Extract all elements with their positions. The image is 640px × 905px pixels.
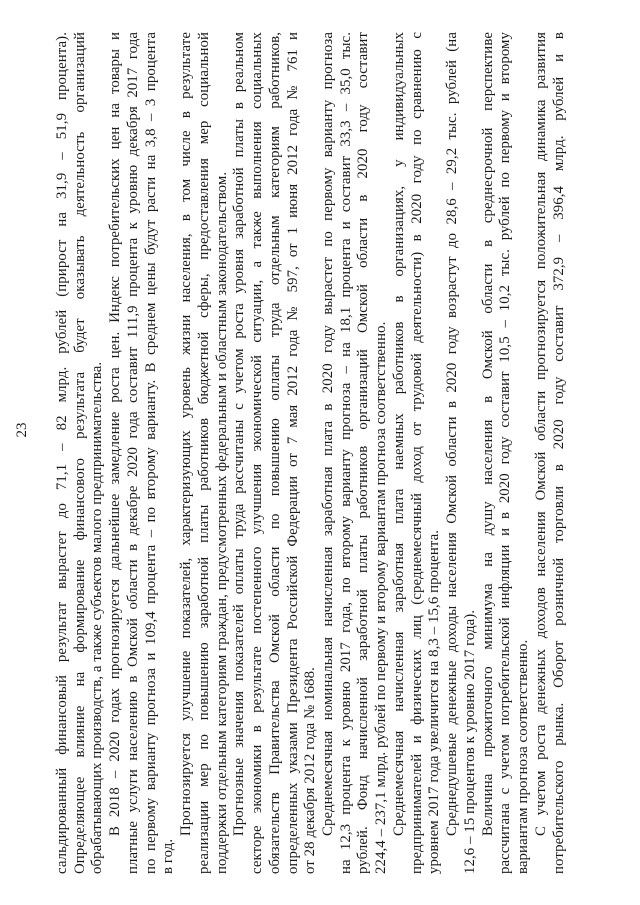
- document-text: сальдированный финансовый результат выра…: [54, 32, 568, 874]
- text-line: Прогнозируется улучшение показателей, ха…: [178, 32, 196, 874]
- text-line: реализации мер по повышению заработной п…: [196, 32, 214, 874]
- text-line: Прогнозные значения показателей оплаты т…: [231, 32, 249, 874]
- text-line: Величина прожиточного минимума на душу н…: [480, 32, 498, 874]
- text-line: обрабатывающих производств, а также субъ…: [89, 32, 107, 874]
- text-line: С учетом роста денежных доходов населени…: [533, 32, 551, 874]
- text-line: Среднедушевые денежные доходы населения …: [444, 32, 462, 874]
- page-number: 23: [13, 10, 31, 850]
- paragraph: Среднемесячная номинальная начисленная з…: [320, 32, 391, 874]
- text-line: от 28 декабря 2012 года № 1688.: [302, 32, 320, 874]
- paragraph: Величина прожиточного минимума на душу н…: [480, 32, 533, 874]
- text-line: уровнем 2017 года увеличится на 8,3 – 15…: [426, 32, 444, 874]
- text-line: сальдированный финансовый результат выра…: [54, 32, 72, 874]
- text-line: рублей. Фонд начисленной заработной плат…: [355, 32, 373, 874]
- text-line: по первому варианту прогноза и 109,4 про…: [143, 32, 161, 874]
- paragraph: В 2018 – 2020 годах прогнозируется дальн…: [107, 32, 178, 874]
- text-line: Среднемесячная номинальная начисленная з…: [320, 32, 338, 874]
- paragraph: Прогнозные значения показателей оплаты т…: [231, 32, 320, 874]
- paragraph: Среднемесячная начисленная заработная пл…: [391, 32, 444, 874]
- text-line: платные услуги населению в Омской област…: [125, 32, 143, 874]
- paragraph: Прогнозируется улучшение показателей, ха…: [178, 32, 231, 874]
- text-line: в год.: [160, 32, 178, 874]
- text-line: В 2018 – 2020 годах прогнозируется дальн…: [107, 32, 125, 874]
- text-line: поддержки отдельным категориям граждан, …: [214, 32, 232, 874]
- paragraph: сальдированный финансовый результат выра…: [54, 32, 107, 874]
- paragraph: Среднедушевые денежные доходы населения …: [444, 32, 479, 874]
- text-line: рассчитана с учетом потребительской инфл…: [497, 32, 515, 874]
- text-line: секторе экономики в результате постепенн…: [249, 32, 267, 874]
- text-line: Определяющее влияние на формирование фин…: [72, 32, 90, 874]
- text-line: потребительского рынка. Оборот розничной…: [551, 32, 569, 874]
- scanned-document-page: 23 сальдированный финансовый результат в…: [0, 0, 640, 905]
- paragraph: С учетом роста денежных доходов населени…: [533, 32, 568, 874]
- text-line: на 12,3 процента к уровню 2017 года, по …: [338, 32, 356, 874]
- text-line: вариантам прогноза соответственно.: [515, 32, 533, 874]
- text-line: 12,6 – 15 процентов к уровню 2017 года).: [462, 32, 480, 874]
- rotated-page: 23 сальдированный финансовый результат в…: [0, 0, 640, 905]
- text-line: определенных указами Президента Российск…: [285, 32, 303, 874]
- text-line: предпринимателей и физических лиц (средн…: [409, 32, 427, 874]
- text-line: 224,4 – 237,1 млрд. рублей по первому и …: [373, 32, 391, 874]
- text-line: Среднемесячная начисленная заработная пл…: [391, 32, 409, 874]
- text-line: обязательств Правительства Омской област…: [267, 32, 285, 874]
